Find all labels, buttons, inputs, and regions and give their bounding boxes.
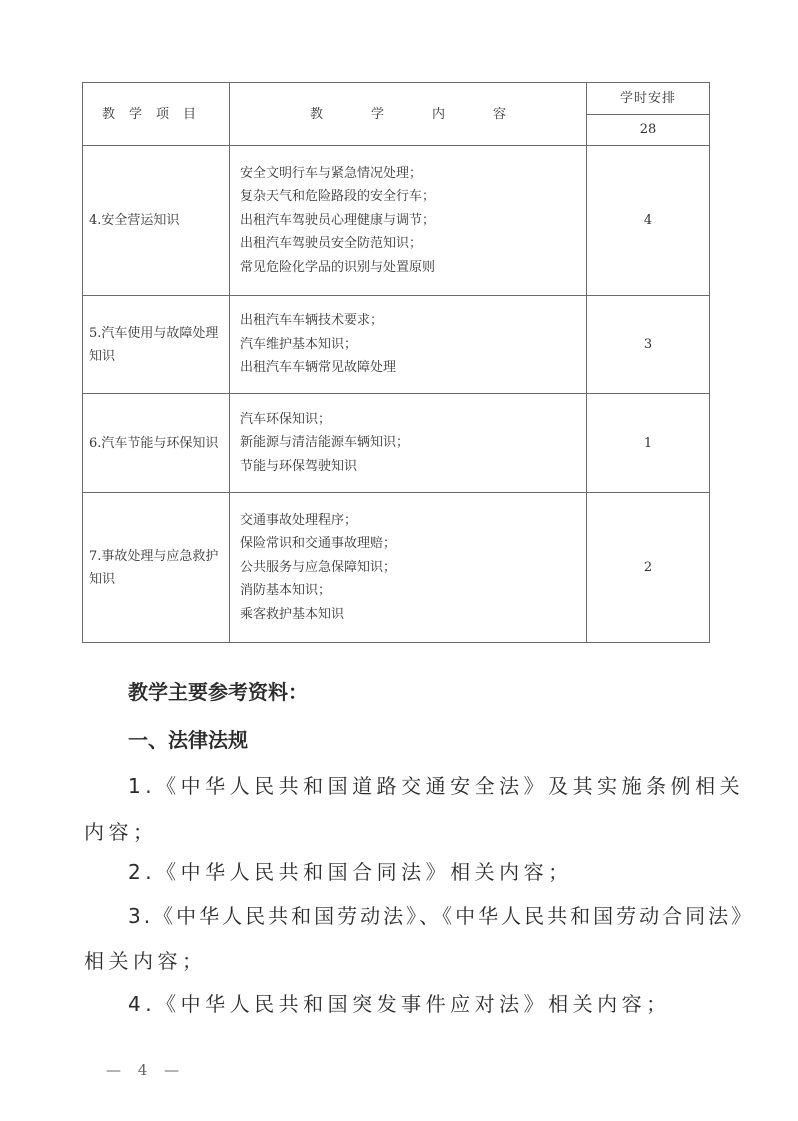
row-hours: 3: [587, 296, 710, 394]
content-line: 公共服务与应急保障知识；: [240, 556, 586, 580]
reference-item-1-line1: 1.《中华人民共和国道路交通安全法》及其实施条例相关: [84, 770, 758, 799]
row-content: 出租汽车车辆技术要求； 汽车维护基本知识； 出租汽车车辆常见故障处理: [230, 296, 587, 394]
header-content-char: 教: [310, 103, 323, 126]
content-line: 出租汽车驾驶员心理健康与调节；: [240, 209, 586, 233]
content-line: 消防基本知识；: [240, 579, 586, 603]
content-line: 保险常识和交通事故理赔；: [240, 532, 586, 556]
header-content-char: 学: [371, 103, 384, 126]
content-line: 安全文明行车与紧急情况处理；: [240, 162, 586, 186]
header-hours-label: 学时安排: [587, 83, 710, 115]
references-heading: 教学主要参考资料：: [84, 676, 758, 705]
table-row: 5.汽车使用与故障处理知识 出租汽车车辆技术要求； 汽车维护基本知识； 出租汽车…: [83, 296, 710, 394]
row-hours: 4: [587, 146, 710, 296]
content-line: 复杂天气和危险路段的安全行车；: [240, 185, 586, 209]
table-row: 6.汽车节能与环保知识 汽车环保知识； 新能源与清洁能源车辆知识； 节能与环保驾…: [83, 394, 710, 493]
row-item: 4.安全营运知识: [83, 146, 230, 296]
header-content-char: 容: [493, 103, 506, 126]
row-content: 安全文明行车与紧急情况处理； 复杂天气和危险路段的安全行车； 出租汽车驾驶员心理…: [230, 146, 587, 296]
course-table: 教学项目 教学内容 学时安排 28 4.安全营运知识 安全文明行车与紧急情况处理…: [82, 82, 710, 643]
row-item: 6.汽车节能与环保知识: [83, 394, 230, 493]
content-line: 新能源与清洁能源车辆知识；: [240, 431, 586, 455]
row-content: 交通事故处理程序； 保险常识和交通事故理赔； 公共服务与应急保障知识； 消防基本…: [230, 493, 587, 643]
row-content: 汽车环保知识； 新能源与清洁能源车辆知识； 节能与环保驾驶知识: [230, 394, 587, 493]
table-row: 4.安全营运知识 安全文明行车与紧急情况处理； 复杂天气和危险路段的安全行车； …: [83, 146, 710, 296]
content-line: 出租汽车驾驶员安全防范知识；: [240, 232, 586, 256]
reference-item-3-line2: 相关内容；: [84, 945, 714, 974]
section-title-laws: 一、法律法规: [84, 724, 758, 753]
row-item: 5.汽车使用与故障处理知识: [83, 296, 230, 394]
reference-item-3-line1: 3.《中华人民共和国劳动法》、《中华人民共和国劳动合同法》: [84, 900, 758, 929]
row-hours: 1: [587, 394, 710, 493]
row-hours: 2: [587, 493, 710, 643]
content-line: 出租汽车车辆技术要求；: [240, 309, 586, 333]
content-line: 出租汽车车辆常见故障处理: [240, 356, 586, 380]
table-row: 7.事故处理与应急救护知识 交通事故处理程序； 保险常识和交通事故理赔； 公共服…: [83, 493, 710, 643]
header-hours-total: 28: [587, 114, 710, 146]
page-number: — 4 —: [106, 1061, 185, 1079]
header-teaching-item: 教学项目: [83, 83, 230, 146]
content-line: 乘客救护基本知识: [240, 603, 586, 627]
header-teaching-content: 教学内容: [230, 83, 587, 146]
content-line: 常见危险化学品的识别与处置原则: [240, 256, 586, 280]
reference-item-1-line2: 内容；: [84, 816, 714, 845]
content-line: 交通事故处理程序；: [240, 509, 586, 533]
row-item: 7.事故处理与应急救护知识: [83, 493, 230, 643]
header-content-char: 内: [432, 103, 445, 126]
content-line: 节能与环保驾驶知识: [240, 455, 586, 479]
reference-item-2: 2.《中华人民共和国合同法》相关内容；: [84, 856, 758, 885]
reference-item-4: 4.《中华人民共和国突发事件应对法》相关内容；: [84, 988, 758, 1017]
content-line: 汽车维护基本知识；: [240, 333, 586, 357]
content-line: 汽车环保知识；: [240, 408, 586, 432]
